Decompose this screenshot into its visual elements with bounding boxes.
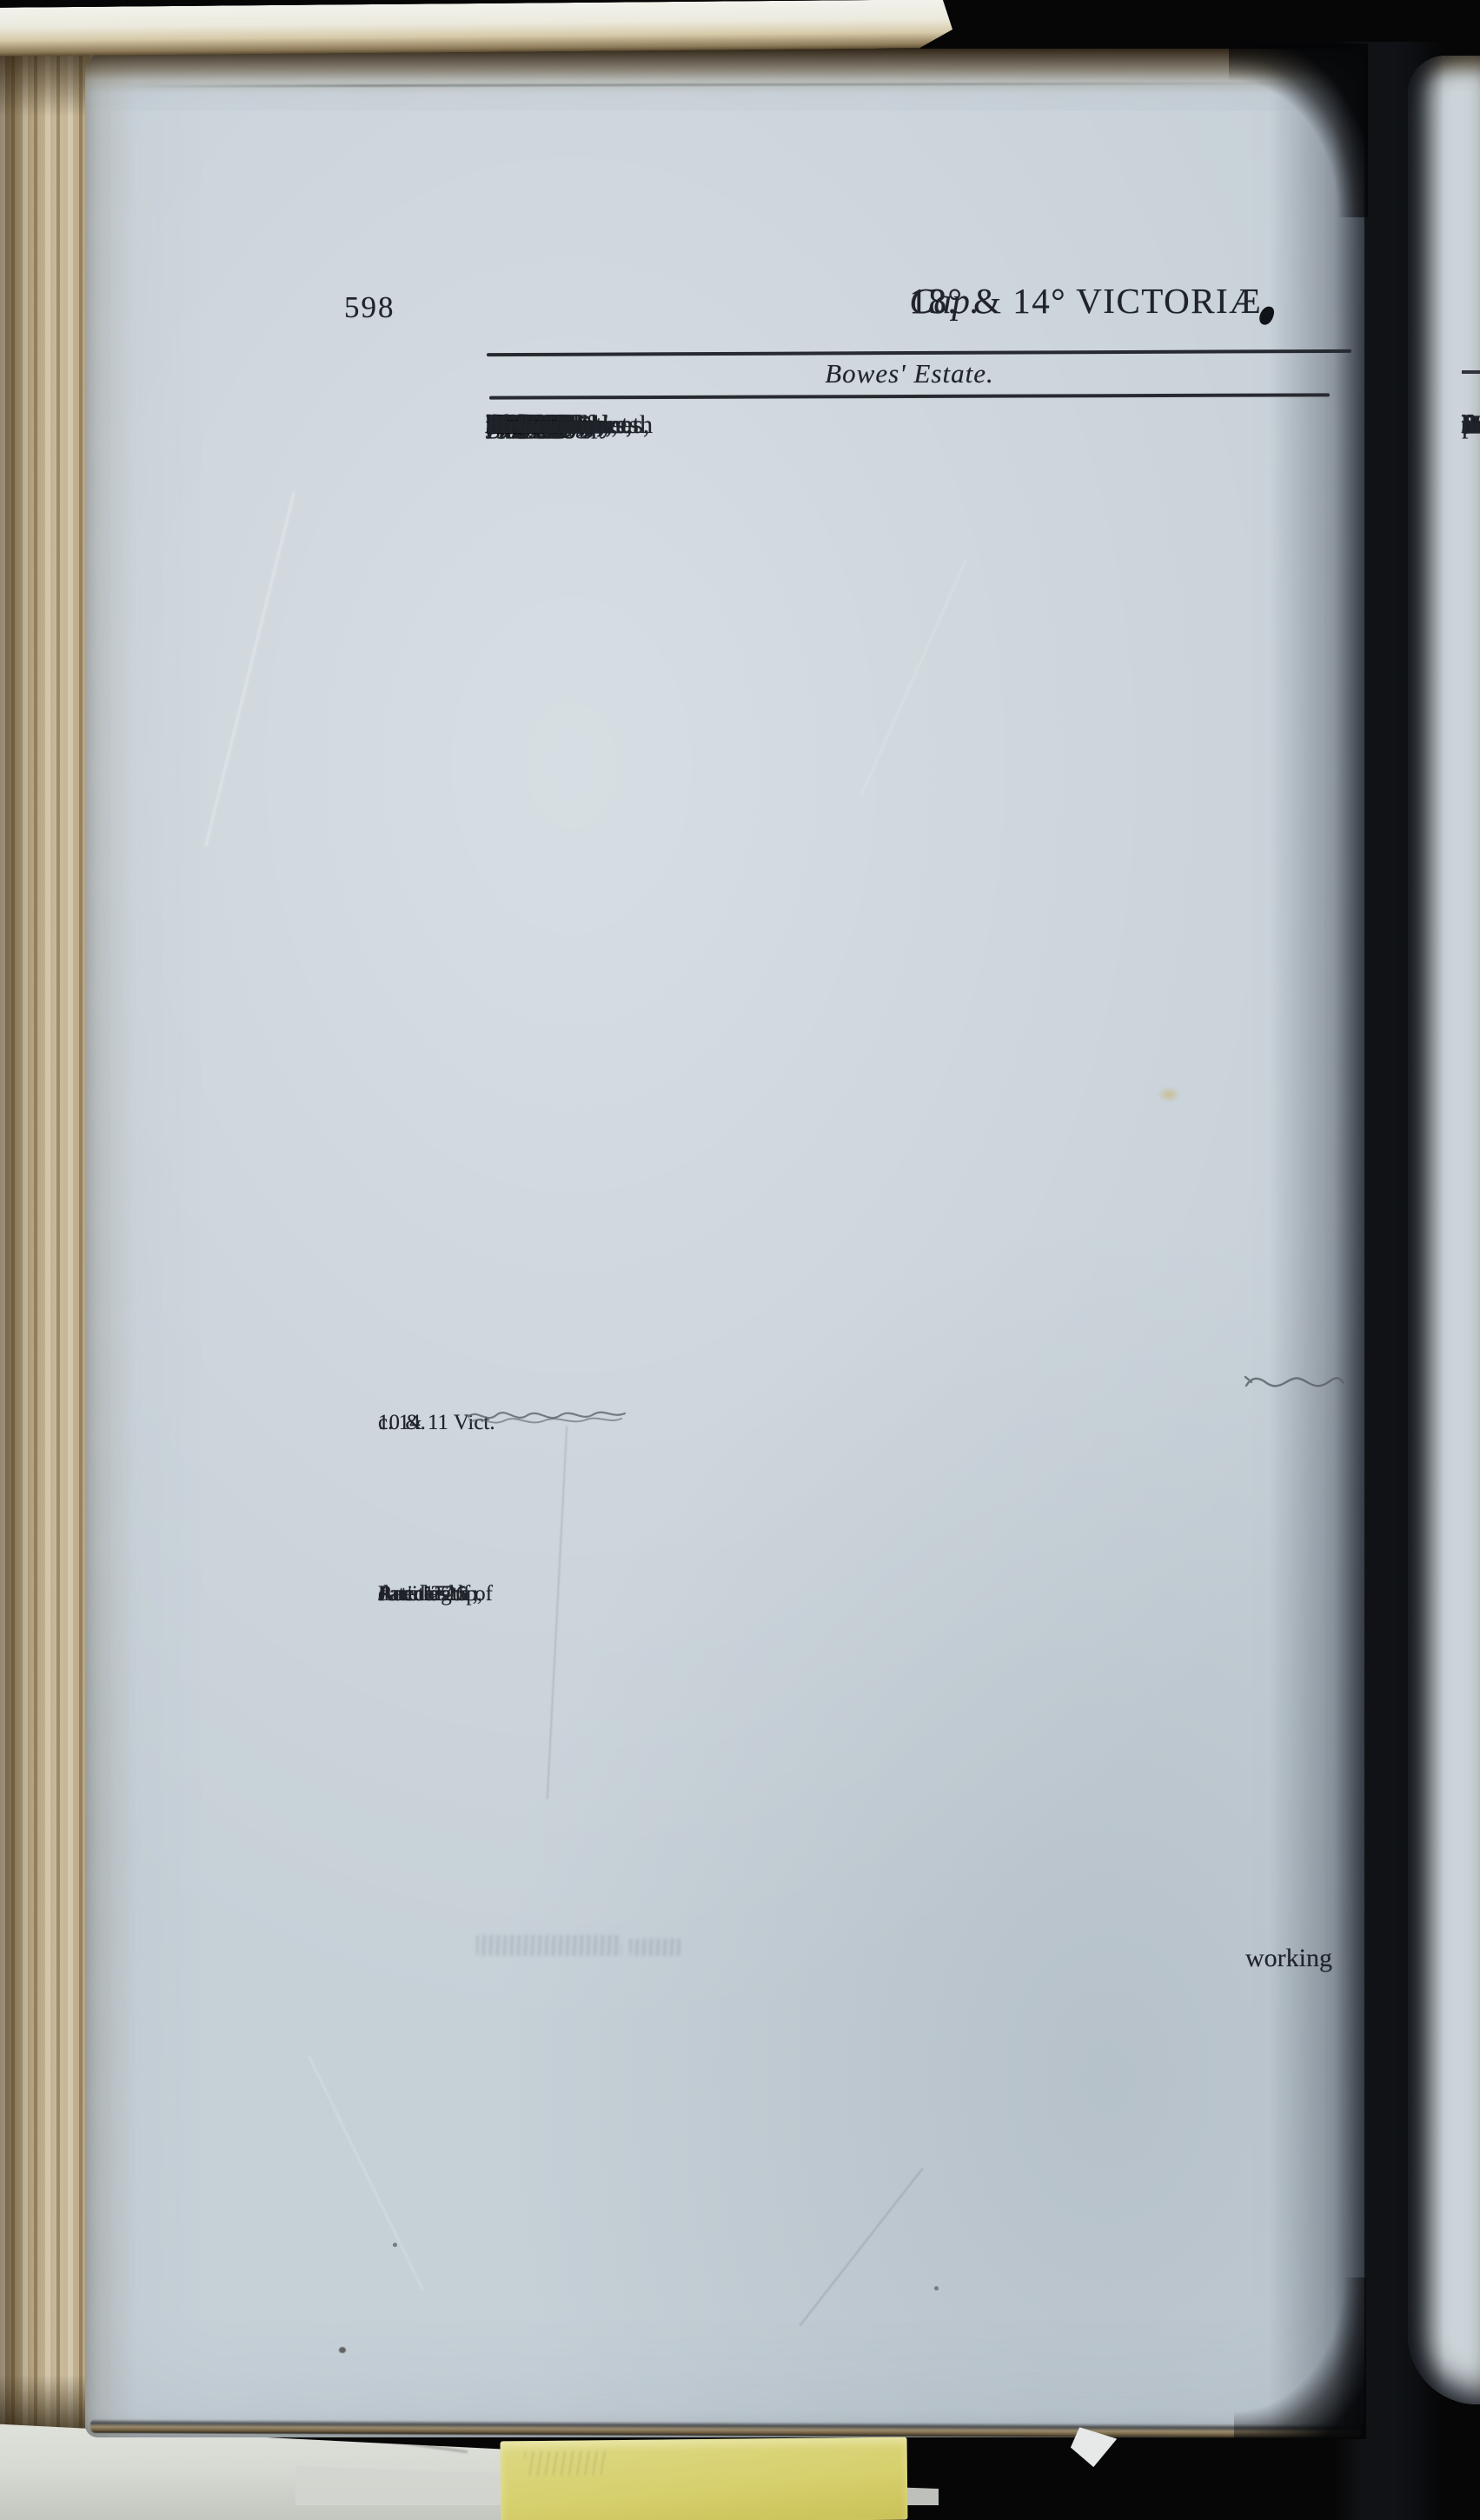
book-scan: wthinathPseaabinthoenthaHthCsaanththEsad… <box>0 0 1480 2520</box>
page-number: 598 <box>344 290 395 325</box>
ink-offset-ghost <box>629 1938 681 1956</box>
header-rule-bottom <box>489 393 1330 399</box>
paper-crease <box>308 2056 423 2291</box>
paper-stain <box>1158 1087 1180 1102</box>
running-title: Bowes' Estate. <box>487 358 1332 389</box>
ink-offset-ghost <box>476 1935 622 1956</box>
header-rule-top <box>487 349 1351 356</box>
paper-speck <box>339 2347 346 2353</box>
paper-speck <box>934 2286 939 2291</box>
paper-crease <box>204 492 295 847</box>
paper-crease <box>799 2168 923 2326</box>
margin-note-line: c. 14. <box>378 1408 426 1438</box>
paper-crease <box>859 559 967 798</box>
paper-crease <box>122 82 1338 88</box>
paper-speck <box>393 2243 397 2247</box>
page-content: 598 13° & 14° VICTORIÆ, Cap. 18. Bowes' … <box>0 0 1480 2520</box>
pencil-underline-and <box>1243 1368 1347 1394</box>
margin-note-line: June 1726 ; <box>378 1578 478 1611</box>
pencil-underline-whereas <box>465 1401 630 1433</box>
paper-crease <box>547 1426 568 1799</box>
